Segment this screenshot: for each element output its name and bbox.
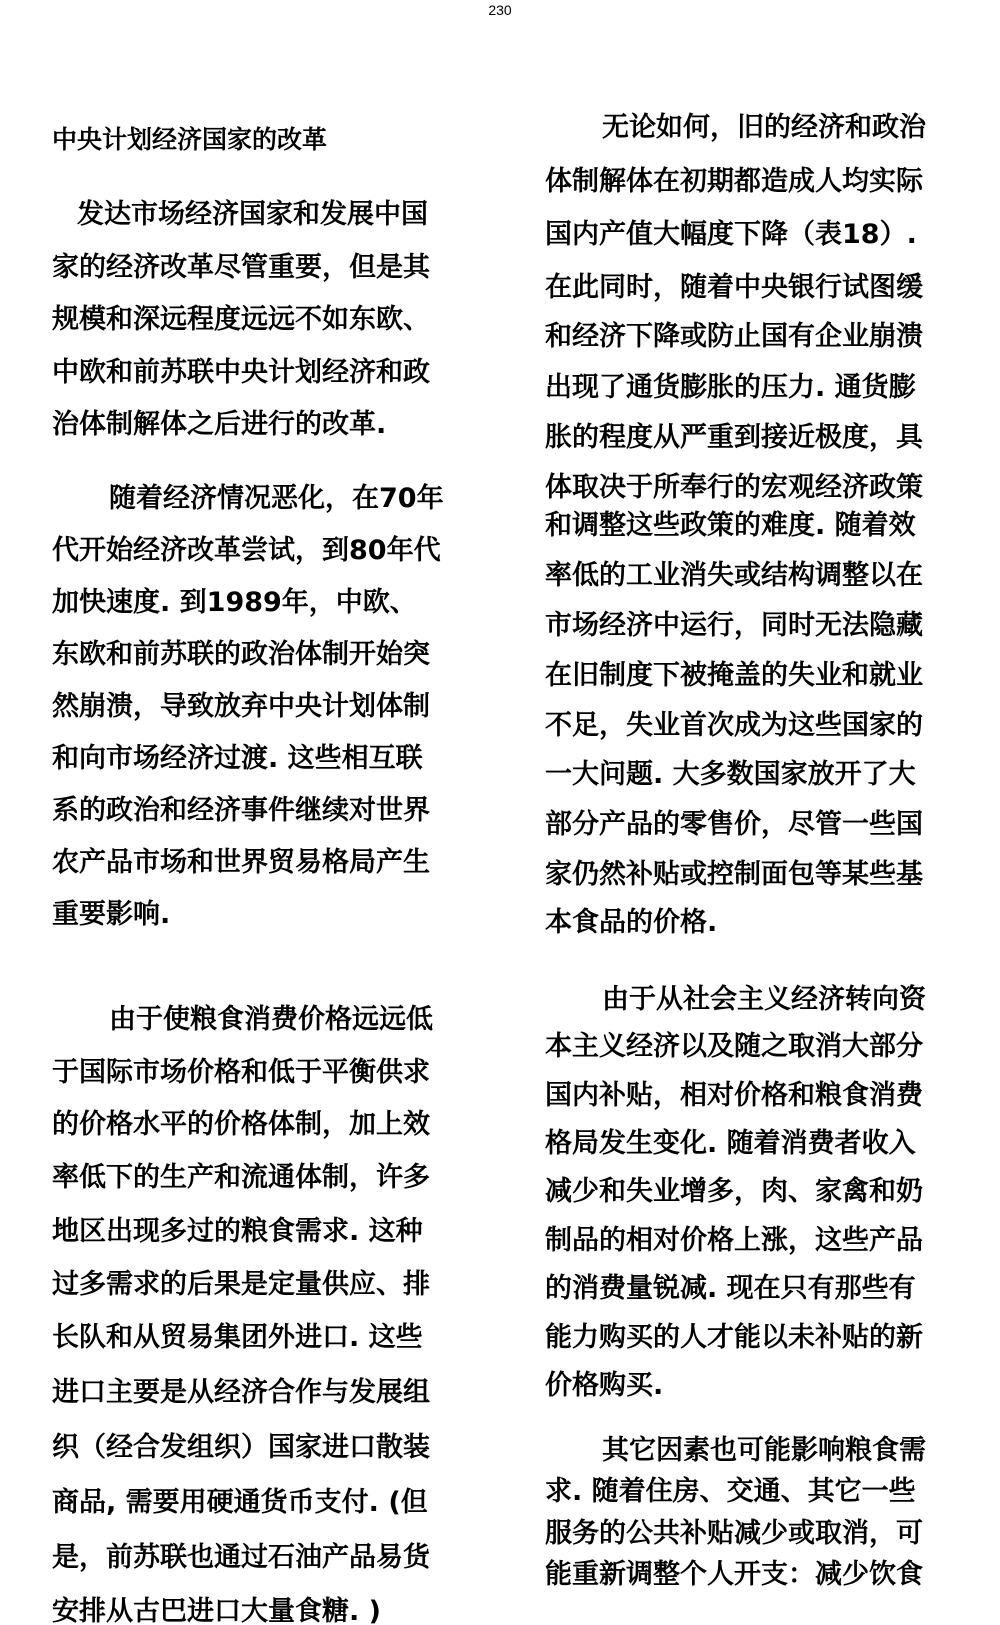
text-line: 然崩溃，导致放弃中央计划体制	[52, 692, 430, 722]
text-line: 的消费量锐减. 现在只有那些有	[545, 1274, 916, 1304]
text-line: 价格购买.	[545, 1371, 663, 1401]
text-line: 服务的公共补贴减少或取消，可	[545, 1519, 923, 1549]
text-line: 和经济下降或防止国有企业崩溃	[545, 322, 923, 352]
text-line: 织（经合发组织）国家进口散装	[52, 1433, 430, 1463]
text-line: 东欧和前苏联的政治体制开始突	[52, 640, 430, 670]
text-line: 国内补贴，相对价格和粮食消费	[545, 1081, 923, 1111]
text-line: 代开始经济改革尝试，到80年代	[52, 536, 441, 566]
text-line: 出现了通货膨胀的压力. 通货膨	[545, 373, 916, 403]
text-line: 随着经济情况恶化，在70年	[109, 484, 444, 514]
text-line: 长队和从贸易集团外进口. 这些	[52, 1323, 423, 1353]
text-line: 在此同时，随着中央银行试图缓	[545, 273, 923, 303]
text-line: 率低下的生产和流通体制，许多	[52, 1163, 430, 1193]
text-line: 地区出现多过的粮食需求. 这种	[52, 1217, 423, 1247]
text-line: 体制解体在初期都造成人均实际	[545, 167, 923, 197]
text-line: 胀的程度从严重到接近极度，具	[545, 423, 923, 453]
text-line: 在旧制度下被掩盖的失业和就业	[545, 661, 923, 691]
text-line: 是，前苏联也通过石油产品易货	[52, 1543, 430, 1573]
text-line: 本主义经济以及随之取消大部分	[545, 1032, 923, 1062]
section-heading: 中央计划经济国家的改革	[52, 125, 327, 155]
text-line: 国内产值大幅度下降（表18）.	[545, 220, 917, 250]
text-line: 由于从社会主义经济转向资	[602, 985, 926, 1015]
text-line: 发达市场经济国家和发展中国	[77, 200, 428, 230]
text-line: 和向市场经济过渡. 这些相互联	[52, 744, 423, 774]
text-line: 家仍然补贴或控制面包等某些基	[545, 860, 923, 890]
text-line: 家的经济改革尽管重要，但是其	[52, 253, 430, 283]
text-line: 治体制解体之后进行的改革.	[52, 410, 386, 440]
text-line: 和调整这些政策的难度. 随着效	[545, 511, 916, 541]
text-line: 农产品市场和世界贸易格局产生	[52, 848, 430, 878]
text-line: 减少和失业增多，肉、家禽和奶	[545, 1177, 923, 1207]
text-line: 部分产品的零售价，尽管一些国	[545, 810, 923, 840]
text-line: 本食品的价格.	[545, 908, 717, 938]
text-line: 其它因素也可能影响粮食需	[602, 1436, 926, 1466]
text-line: 系的政治和经济事件继续对世界	[52, 796, 430, 826]
text-line: 无论如何，旧的经济和政治	[602, 113, 926, 143]
text-line: 加快速度. 到1989年，中欧、	[52, 588, 417, 618]
text-line: 不足，失业首次成为这些国家的	[545, 711, 923, 741]
text-line: 的价格水平的价格体制，加上效	[52, 1110, 430, 1140]
text-line: 率低的工业消失或结构调整以在	[545, 561, 923, 591]
text-line: 重要影响.	[52, 900, 170, 930]
text-line: 规模和深远程度远远不如东欧、	[52, 305, 430, 335]
text-line: 一大问题. 大多数国家放开了大	[545, 760, 916, 790]
text-line: 商品, 需要用硬通货币支付. (但	[52, 1488, 428, 1518]
text-line: 市场经济中运行，同时无法隐藏	[545, 611, 923, 641]
text-line: 由于使粮食消费价格远远低	[109, 1005, 433, 1035]
text-line: 格局发生变化. 随着消费者收入	[545, 1129, 916, 1159]
text-line: 过多需求的后果是定量供应、排	[52, 1270, 430, 1300]
text-line: 安排从古巴进口大量食糖. )	[52, 1597, 381, 1625]
text-line: 能力购买的人才能以未补贴的新	[545, 1323, 923, 1353]
text-line: 制品的相对价格上涨，这些产品	[545, 1226, 923, 1256]
text-line: 求. 随着住房、交通、其它一些	[545, 1477, 916, 1507]
text-line: 能重新调整个人开支：减少饮食	[545, 1560, 923, 1590]
text-line: 于国际市场价格和低于平衡供求	[52, 1058, 430, 1088]
text-line: 进口主要是从经济合作与发展组	[52, 1378, 430, 1408]
text-line: 体取决于所奉行的宏观经济政策	[545, 473, 923, 503]
page-number: 230	[0, 0, 1000, 20]
text-line: 中欧和前苏联中央计划经济和政	[52, 358, 430, 388]
